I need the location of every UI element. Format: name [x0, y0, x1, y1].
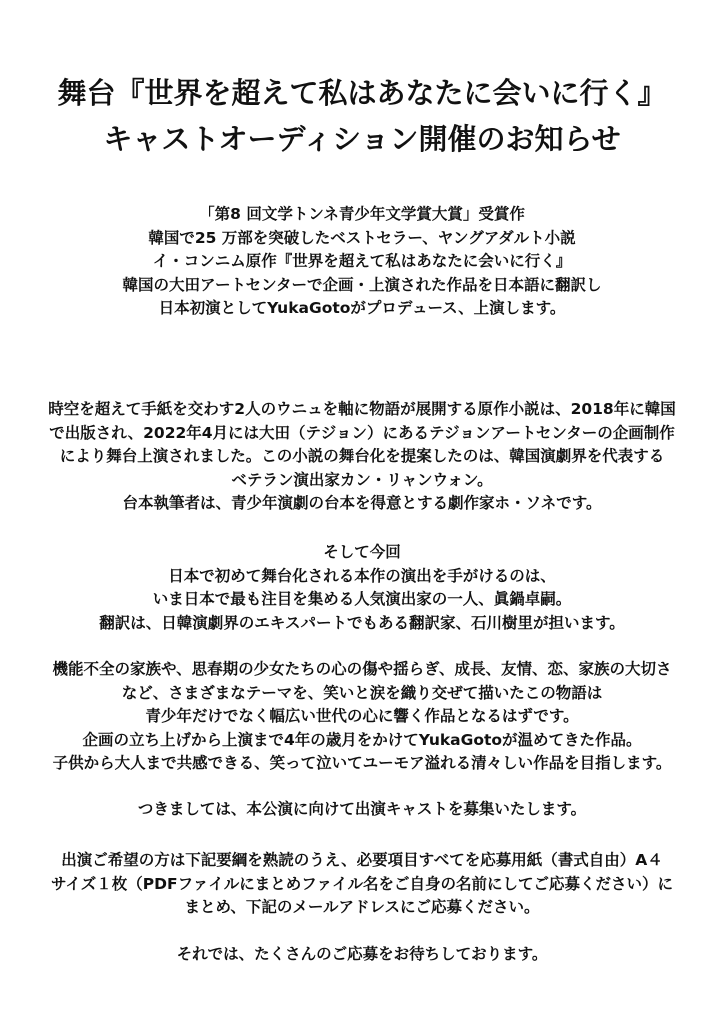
- story-paragraph: 時空を超えて手紙を交わす2人のウニュを軸に物語が展開する原作小説は、2018年に…: [0, 398, 724, 516]
- application-instructions: 出演ご希望の方は下記要綱を熟読のうえ、必要項目すべてを応募用紙（書式自由）A４ …: [0, 849, 724, 920]
- intro-line: 日本初演としてYukaGotoがプロデュース、上演します。: [0, 297, 724, 321]
- director-line: そして今回: [0, 541, 724, 565]
- story-line: により舞台上演されました。この小説の舞台化を提案したのは、韓国演劇界を代表する: [0, 445, 724, 469]
- page-title: 舞台『世界を超えて私はあなたに会いに行く』 キャストオーディション開催のお知らせ: [0, 70, 724, 162]
- closing-paragraph: それでは、たくさんのご応募をお待ちしております。: [0, 943, 724, 967]
- intro-line: 韓国の大田アートセンターで企画・上演された作品を日本語に翻訳し: [0, 274, 724, 298]
- director-line: いま日本で最も注目を集める人気演出家の一人、眞鍋卓嗣。: [0, 588, 724, 612]
- themes-line: 青少年だけでなく幅広い世代の心に響く作品となるはずです。: [0, 705, 724, 729]
- intro-line: 韓国で25 万部を突破したベストセラー、ヤングアダルト小説: [0, 227, 724, 251]
- story-line: 時空を超えて手紙を交わす2人のウニュを軸に物語が展開する原作小説は、2018年に…: [0, 398, 724, 422]
- intro-line: イ・コンニム原作『世界を超えて私はあなたに会いに行く』: [0, 250, 724, 274]
- intro-paragraph: 「第8 回文学トンネ青少年文学賞大賞」受賞作 韓国で25 万部を突破したベストセ…: [0, 203, 724, 321]
- call-line: つきましては、本公演に向けて出演キャストを募集いたします。: [0, 798, 724, 822]
- casting-call-paragraph: つきましては、本公演に向けて出演キャストを募集いたします。: [0, 798, 724, 822]
- title-line-1: 舞台『世界を超えて私はあなたに会いに行く』: [0, 70, 724, 116]
- themes-line: 子供から大人まで共感できる、笑って泣いてユーモア溢れる清々しい作品を目指します。: [0, 752, 724, 776]
- director-line: 日本で初めて舞台化される本作の演出を手がけるのは、: [0, 565, 724, 589]
- apply-line: 出演ご希望の方は下記要綱を熟読のうえ、必要項目すべてを応募用紙（書式自由）A４: [0, 849, 724, 873]
- closing-line: それでは、たくさんのご応募をお待ちしております。: [0, 943, 724, 967]
- document-page: 舞台『世界を超えて私はあなたに会いに行く』 キャストオーディション開催のお知らせ…: [0, 0, 724, 1024]
- themes-paragraph: 機能不全の家族や、思春期の少女たちの心の傷や揺らぎ、成長、友情、恋、家族の大切さ…: [0, 658, 724, 776]
- apply-line: サイズ１枚（PDFファイルにまとめファイル名をご自身の名前にしてご応募ください）…: [0, 873, 724, 897]
- title-line-2: キャストオーディション開催のお知らせ: [0, 116, 724, 162]
- story-line: で出版され、2022年4月には大田（テジョン）にあるテジョンアートセンターの企画…: [0, 422, 724, 446]
- themes-line: など、さまざまなテーマを、笑いと涙を織り交ぜて描いたこの物語は: [0, 682, 724, 706]
- apply-line: まとめ、下記のメールアドレスにご応募ください。: [0, 896, 724, 920]
- story-line: ベテラン演出家カン・リャンウォン。: [0, 469, 724, 493]
- story-line: 台本執筆者は、青少年演劇の台本を得意とする劇作家ホ・ソネです。: [0, 492, 724, 516]
- intro-line: 「第8 回文学トンネ青少年文学賞大賞」受賞作: [0, 203, 724, 227]
- director-line: 翻訳は、日韓演劇界のエキスパートでもある翻訳家、石川樹里が担います。: [0, 612, 724, 636]
- themes-line: 企画の立ち上げから上演まで4年の歳月をかけてYukaGotoが温めてきた作品。: [0, 729, 724, 753]
- director-paragraph: そして今回 日本で初めて舞台化される本作の演出を手がけるのは、 いま日本で最も注…: [0, 541, 724, 635]
- themes-line: 機能不全の家族や、思春期の少女たちの心の傷や揺らぎ、成長、友情、恋、家族の大切さ: [0, 658, 724, 682]
